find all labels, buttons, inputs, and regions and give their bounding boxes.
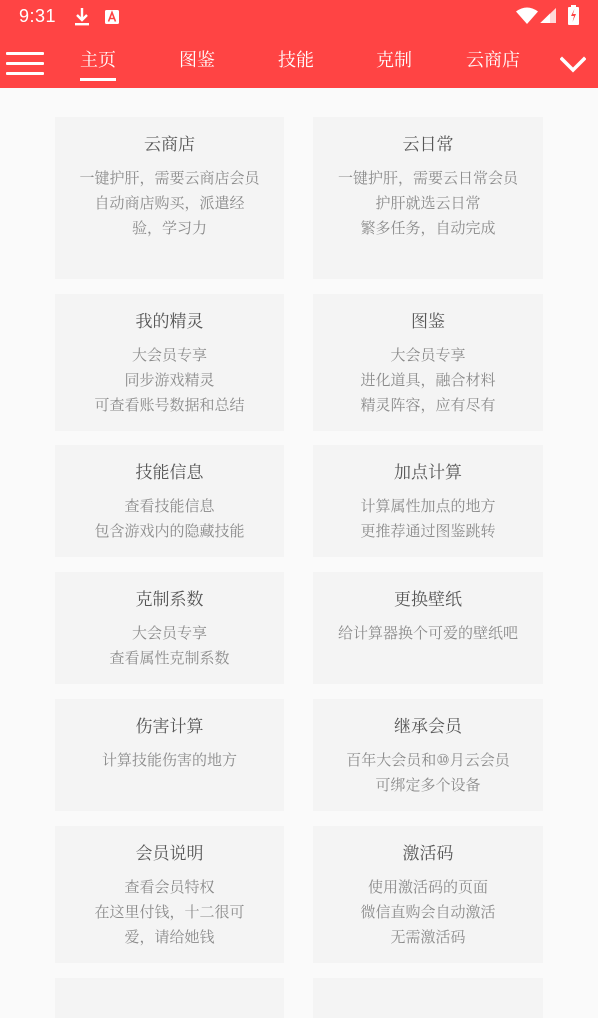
menu-button[interactable] [6,50,44,78]
card-desc: 给计算器换个可爱的壁纸吧 [313,621,543,646]
card-desc: 繁多任务，自动完成 [313,216,543,241]
card-desc: 无需激活码 [313,925,543,950]
card-desc: 在这里付钱，十二很可爱，请给她钱 [55,900,284,950]
tab-cloud-shop[interactable]: 云商店 [466,46,520,72]
card-title: 会员说明 [55,842,284,866]
app-bar: 9:31 主页 图鉴 技能 [0,0,598,88]
card-title: 技能信息 [55,461,284,485]
card-desc: 使用激活码的页面 [313,875,543,900]
tab-pokedex[interactable]: 图鉴 [179,46,215,72]
hamburger-icon [6,62,44,65]
card-pokedex[interactable]: 图鉴 大会员专享 进化道具，融合材料 精灵阵容，应有尽有 [313,294,543,431]
card-title: 图鉴 [313,310,543,334]
card-title: 克制系数 [55,588,284,612]
hamburger-icon [6,72,44,75]
tab-skills[interactable]: 技能 [278,46,314,72]
cellular-signal-icon [540,8,556,23]
card-cloud-daily[interactable]: 云日常 一键护肝，需要云日常会员 护肝就选云日常 繁多任务，自动完成 [313,117,543,279]
card-inherit-membership[interactable]: 继承会员 百年大会员和⑩月云会员 可绑定多个设备 [313,699,543,811]
card-damage-calc[interactable]: 伤害计算 计算技能伤害的地方 [55,699,284,811]
card-desc: 护肝就选云日常 [313,191,543,216]
card-desc: 查看会员特权 [55,875,284,900]
card-skill-info[interactable]: 技能信息 查看技能信息 包含游戏内的隐藏技能 [55,445,284,557]
tab-bar: 主页 图鉴 技能 克制 云商店 [0,40,598,86]
card-desc: 微信直购会自动激活 [313,900,543,925]
card-cloud-shop[interactable]: 云商店 一键护肝，需要云商店会员 自动商店购买，派遣经验，学习力 [55,117,284,279]
card-desc: 一键护肝，需要云商店会员 [55,166,284,191]
card-partial[interactable] [55,978,284,998]
card-desc: 可绑定多个设备 [313,773,543,798]
card-desc: 一键护肝，需要云日常会员 [313,166,543,191]
battery-charging-icon [568,5,579,25]
card-title: 伤害计算 [55,715,284,739]
card-title: 更换壁纸 [313,588,543,612]
status-time: 9:31 [19,6,56,27]
card-desc: 计算技能伤害的地方 [55,748,284,773]
status-bar: 9:31 [0,0,598,34]
card-title: 我的精灵 [55,310,284,334]
card-desc: 包含游戏内的隐藏技能 [55,519,284,544]
card-desc: 同步游戏精灵 [55,368,284,393]
wifi-icon [516,7,538,24]
download-icon [74,7,90,27]
card-desc: 查看属性克制系数 [55,646,284,671]
card-wallpaper[interactable]: 更换壁纸 给计算器换个可爱的壁纸吧 [313,572,543,684]
card-desc: 自动商店购买，派遣经验，学习力 [55,191,284,241]
card-desc: 大会员专享 [55,343,284,368]
card-title: 继承会员 [313,715,543,739]
card-desc: 查看技能信息 [55,494,284,519]
card-stat-points[interactable]: 加点计算 计算属性加点的地方 更推荐通过图鉴跳转 [313,445,543,557]
card-title: 云商店 [55,133,284,157]
card-title: 云日常 [313,133,543,157]
card-desc: 百年大会员和⑩月云会员 [313,748,543,773]
tab-counter[interactable]: 克制 [376,46,412,72]
card-title: 加点计算 [313,461,543,485]
card-title: 激活码 [313,842,543,866]
card-desc: 计算属性加点的地方 [313,494,543,519]
card-desc: 大会员专享 [55,621,284,646]
card-membership-info[interactable]: 会员说明 查看会员特权 在这里付钱，十二很可爱，请给她钱 [55,826,284,963]
hamburger-icon [6,52,44,55]
tab-home[interactable]: 主页 [80,46,116,72]
card-activation-code[interactable]: 激活码 使用激活码的页面 微信直购会自动激活 无需激活码 [313,826,543,963]
card-desc: 更推荐通过图鉴跳转 [313,519,543,544]
card-desc: 可查看账号数据和总结 [55,393,284,418]
chevron-down-icon[interactable] [560,54,586,74]
card-my-sprites[interactable]: 我的精灵 大会员专享 同步游戏精灵 可查看账号数据和总结 [55,294,284,431]
card-desc: 精灵阵容，应有尽有 [313,393,543,418]
card-desc: 进化道具，融合材料 [313,368,543,393]
card-desc: 大会员专享 [313,343,543,368]
app-notification-icon [105,10,119,24]
card-partial[interactable] [313,978,543,998]
card-type-counter[interactable]: 克制系数 大会员专享 查看属性克制系数 [55,572,284,684]
